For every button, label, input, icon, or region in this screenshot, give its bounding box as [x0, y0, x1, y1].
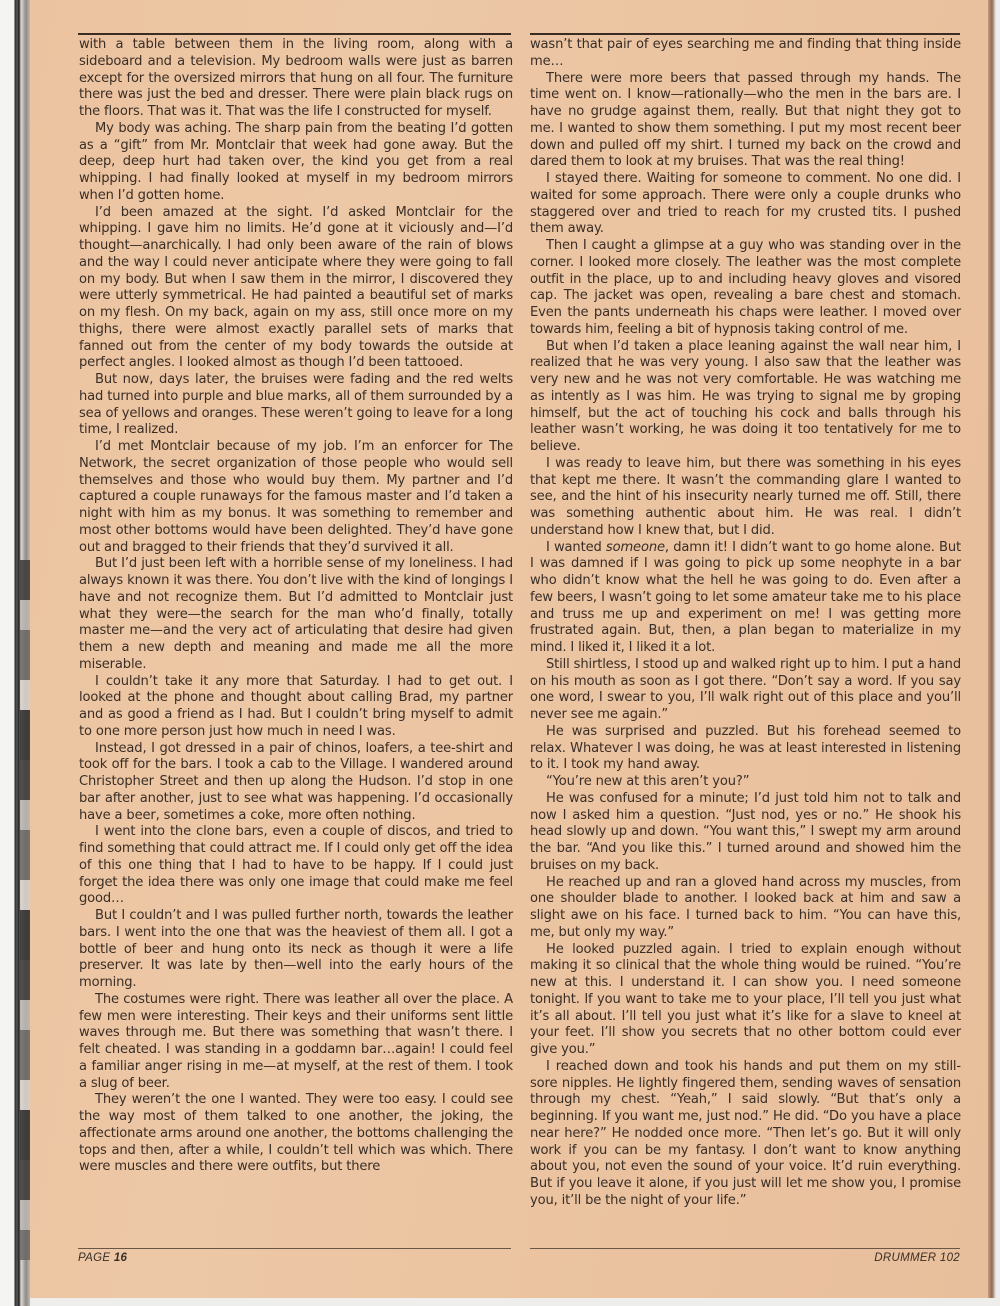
facing-page-photo-edge: [20, 560, 30, 1260]
paragraph: But now, days later, the bruises were fa…: [79, 372, 513, 439]
paragraph: “You’re new at this aren’t you?”: [530, 774, 961, 791]
paragraph: Still shirtless, I stood up and walked r…: [530, 657, 961, 724]
page-folio: PAGE 16: [78, 1252, 127, 1264]
page-number: 16: [114, 1252, 127, 1264]
paragraph: He reached up and ran a gloved hand acro…: [530, 875, 961, 942]
text-column-right: wasn’t that pair of eyes searching me an…: [530, 37, 961, 1210]
paragraph: Instead, I got dressed in a pair of chin…: [79, 741, 513, 825]
paragraph: I went into the clone bars, even a coupl…: [79, 824, 513, 908]
text-column-left: with a table between them in the living …: [79, 37, 513, 1176]
paragraph: Then I caught a glimpse at a guy who was…: [530, 238, 961, 339]
paragraph: I wanted someone, damn it! I didn’t want…: [530, 540, 961, 657]
bottom-rule-left: [78, 1248, 511, 1249]
paragraph: He was surprised and puzzled. But his fo…: [530, 724, 961, 774]
publication-folio: DRUMMER 102: [874, 1252, 960, 1264]
paragraph: They weren’t the one I wanted. They were…: [79, 1092, 513, 1176]
page-label: PAGE: [78, 1252, 110, 1264]
paragraph: My body was aching. The sharp pain from …: [79, 121, 513, 205]
paragraph: I’d been amazed at the sight. I’d asked …: [79, 205, 513, 373]
paragraph: But I couldn’t and I was pulled further …: [79, 908, 513, 992]
paragraph: wasn’t that pair of eyes searching me an…: [530, 37, 961, 71]
paragraph: I’d met Montclair because of my job. I’m…: [79, 439, 513, 556]
page-bottom-edge: [30, 1298, 1000, 1306]
top-rule-left: [78, 33, 511, 35]
paragraph: The costumes were right. There was leath…: [79, 992, 513, 1093]
paragraph: There were more beers that passed throug…: [530, 71, 961, 172]
paragraph: I reached down and took his hands and pu…: [530, 1059, 961, 1210]
paragraph: He was confused for a minute; I’d just t…: [530, 791, 961, 875]
top-rule-right: [530, 33, 960, 35]
paragraph: I stayed there. Waiting for someone to c…: [530, 171, 961, 238]
emphasis: someone: [606, 540, 665, 555]
paragraph: I couldn’t take it any more that Saturda…: [79, 674, 513, 741]
bottom-rule-right: [530, 1248, 960, 1249]
page-right-edge: [988, 0, 1000, 1306]
paragraph: But I’d just been left with a horrible s…: [79, 556, 513, 673]
paragraph: But when I’d taken a place leaning again…: [530, 339, 961, 456]
paragraph: He looked puzzled again. I tried to expl…: [530, 942, 961, 1059]
paragraph: with a table between them in the living …: [79, 37, 513, 121]
paragraph: I was ready to leave him, but there was …: [530, 456, 961, 540]
